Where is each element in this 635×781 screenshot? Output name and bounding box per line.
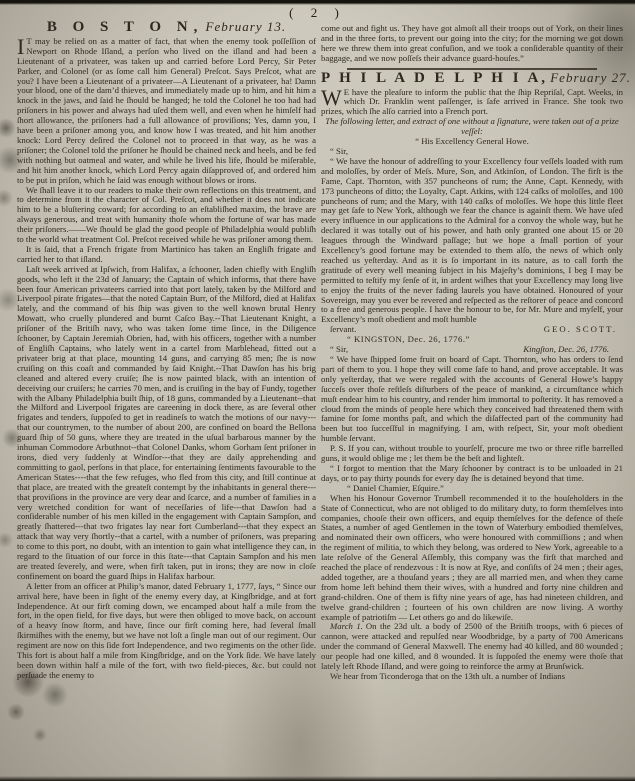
ticonderoga-paragraph: We hear from Ticonderoga that on the 13t… <box>321 672 623 682</box>
boston-paragraph-1-text: T may be relied on as a matter of fact, … <box>17 36 316 185</box>
philadelphia-dateline: P H I L A D E L P H I A, February 27. <box>321 73 623 85</box>
newspaper-page: ( 2 ) B O S T O N, February 13. IT may b… <box>0 0 635 781</box>
philadelphia-date-label: February 27. <box>550 70 631 85</box>
philadelphia-city-label: P H I L A D E L P H I A, <box>321 70 548 86</box>
scott-letter-body: “ We have the honour of addreſſing to yo… <box>321 157 623 325</box>
boston-paragraph-3: It is ſaid, that a French frigate from M… <box>17 245 316 265</box>
postscript-paragraph: P. S. If you can, without trouble to you… <box>321 444 623 464</box>
section-divider-rule <box>347 68 597 70</box>
continuation-paragraph: come out and fight us. They have got alm… <box>321 24 623 64</box>
philadelphia-dropcap: W <box>321 88 344 106</box>
philadelphia-intro: WE have the pleaſure to inform the publi… <box>321 88 623 118</box>
march-news-paragraph: March 1.On the 23d ult. a body of 2500 o… <box>321 622 623 672</box>
philadelphia-column: come out and fight us. They have got alm… <box>321 24 623 682</box>
boston-paragraph-5: A letter from an officer at Philip’s man… <box>17 582 316 681</box>
letter-provenance-note: The following letter, and extract of one… <box>321 117 623 137</box>
trumbull-paragraph: When his Honour Governor Trumbell recomm… <box>321 494 623 623</box>
boston-dateline: B O S T O N, February 13. <box>17 22 316 34</box>
forgot-note-paragraph: “ I forgot to mention that the Mary ſcho… <box>321 464 623 484</box>
boston-paragraph-4: Laſt week arrived at Ipſwich, from Halif… <box>17 265 316 582</box>
boston-column: B O S T O N, February 13. IT may be reli… <box>17 22 316 681</box>
march-date-label: March 1. <box>330 621 363 631</box>
howe-address-line: “ His Excellency General Howe. <box>321 137 623 147</box>
boston-paragraph-1: IT may be relied on as a matter of fact,… <box>17 37 316 186</box>
boston-city-label: B O S T O N, <box>47 19 203 35</box>
chamier-letter-body: “ We have ſhipped ſome fruit on board of… <box>321 355 623 444</box>
boston-date-label: February 13. <box>206 19 287 34</box>
march-news-text: On the 23d ult. a body of 2500 of the Br… <box>321 621 623 671</box>
philadelphia-intro-text: E have the pleaſure to inform the public… <box>321 87 623 117</box>
boston-paragraph-2: We ſhall leave it to our readers to make… <box>17 186 316 245</box>
scott-signature: GEO. SCOTT. <box>544 325 617 335</box>
page-bottom-edge <box>0 776 635 781</box>
boston-dropcap: I <box>17 37 26 55</box>
